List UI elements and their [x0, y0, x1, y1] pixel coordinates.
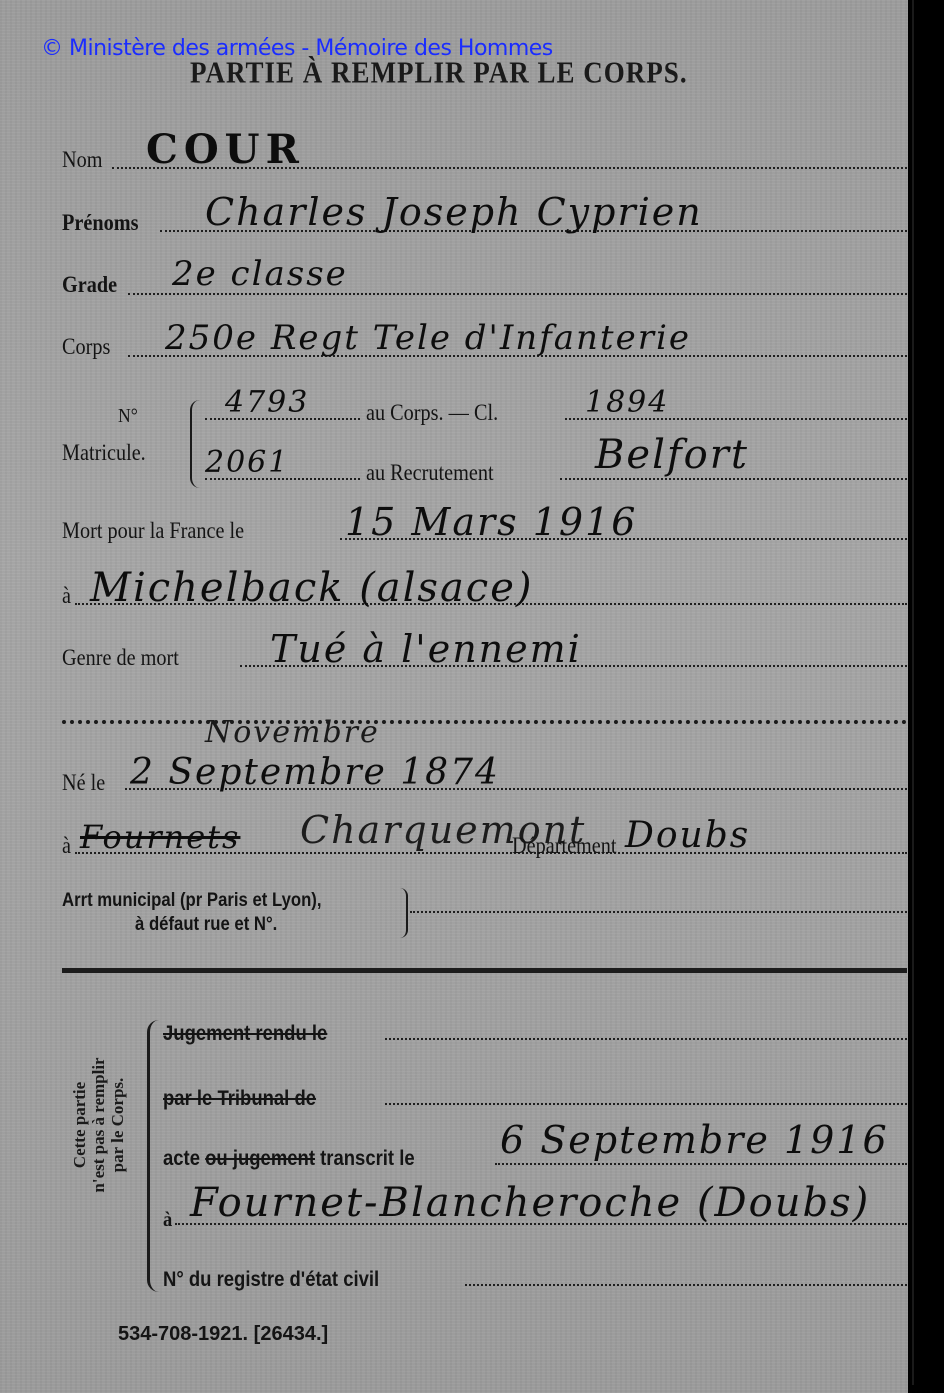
- au-recrutement-label: au Recrutement: [366, 460, 494, 486]
- grade-value: 2e classe: [172, 254, 348, 294]
- acte-value: 6 Septembre 1916: [500, 1118, 889, 1162]
- prenoms-value: Charles Joseph Cyprien: [205, 190, 703, 234]
- arrondissement-line: [410, 911, 907, 913]
- nom-value: COUR: [146, 126, 305, 173]
- jugement-label: Jugement rendu le: [163, 1022, 327, 1046]
- nom-label: Nom: [62, 147, 102, 173]
- matricule-label: Matricule.: [62, 440, 146, 466]
- page-edge: [912, 0, 914, 1385]
- print-reference: 534-708-1921. [26434.]: [118, 1323, 328, 1346]
- mort-value: 15 Mars 1916: [345, 500, 637, 544]
- birth-correction: Novembre: [205, 715, 380, 750]
- jugement-struck-word: ou jugement: [205, 1147, 315, 1170]
- genre-mort-value: Tué à l'ennemi: [270, 627, 582, 671]
- recrutement-value: Belfort: [595, 432, 749, 478]
- mort-label: Mort pour la France le: [62, 518, 244, 544]
- copyright-watermark: © Ministère des armées - Mémoire des Hom…: [41, 36, 553, 61]
- prenoms-label: Prénoms: [62, 210, 138, 236]
- corps-number-value: 4793: [225, 385, 309, 420]
- au-corps-label: au Corps. — Cl.: [366, 400, 498, 426]
- side-note-line-3: par le Corps.: [108, 1025, 127, 1225]
- side-note: Cette partie n'est pas à remplir par le …: [70, 1025, 127, 1225]
- separator-rule: [62, 968, 907, 973]
- separator-dotted: [62, 720, 907, 724]
- matricule-label-no: N°: [118, 405, 138, 428]
- lieu-acte-value: Fournet-Blancheroche (Doubs): [190, 1180, 870, 1226]
- side-note-line-2: n'est pas à remplir: [89, 1025, 108, 1225]
- lieu-mort-value: Michelback (alsace): [90, 565, 534, 611]
- arrondissement-label-2: à défaut rue et N°.: [135, 914, 277, 936]
- lieu-acte-label: à: [163, 1207, 172, 1232]
- registre-line: [465, 1284, 907, 1286]
- side-note-line-1: Cette partie: [70, 1025, 89, 1225]
- jugement-line: [385, 1038, 907, 1040]
- document-page: © Ministère des armées - Mémoire des Hom…: [0, 0, 908, 1393]
- arrondissement-brace: [400, 888, 408, 938]
- genre-mort-label: Genre de mort: [62, 645, 179, 671]
- arrondissement-label: Arrt municipal (pr Paris et Lyon),: [62, 890, 322, 912]
- matricule-brace: [190, 400, 200, 488]
- transcrit-word: transcrit le: [320, 1147, 415, 1170]
- corps-label: Corps: [62, 334, 110, 360]
- struck-birthplace: Fournets: [80, 818, 240, 856]
- lower-brace: [147, 1020, 160, 1292]
- classe-value: 1894: [585, 385, 669, 420]
- lieu-naissance-label: à: [62, 833, 71, 859]
- grade-label: Grade: [62, 272, 117, 298]
- registre-label: N° du registre d'état civil: [163, 1268, 379, 1292]
- lieu-mort-label: à: [62, 583, 71, 609]
- naissance-value: 2 Septembre 1874: [130, 752, 500, 793]
- acte-line: [495, 1163, 907, 1165]
- departement-value: Doubs: [625, 815, 750, 856]
- corps-value: 250e Regt Tele d'Infanterie: [165, 318, 691, 358]
- naissance-label: Né le: [62, 770, 105, 796]
- acte-label: acte ou jugement transcrit le: [163, 1147, 415, 1171]
- departement-label: Département: [512, 833, 617, 859]
- acte-word: acte: [163, 1147, 200, 1170]
- tribunal-label: par le Tribunal de: [163, 1087, 316, 1111]
- recrutement-number-value: 2061: [205, 445, 289, 480]
- recrutement-line: [560, 478, 907, 480]
- tribunal-line: [385, 1103, 907, 1105]
